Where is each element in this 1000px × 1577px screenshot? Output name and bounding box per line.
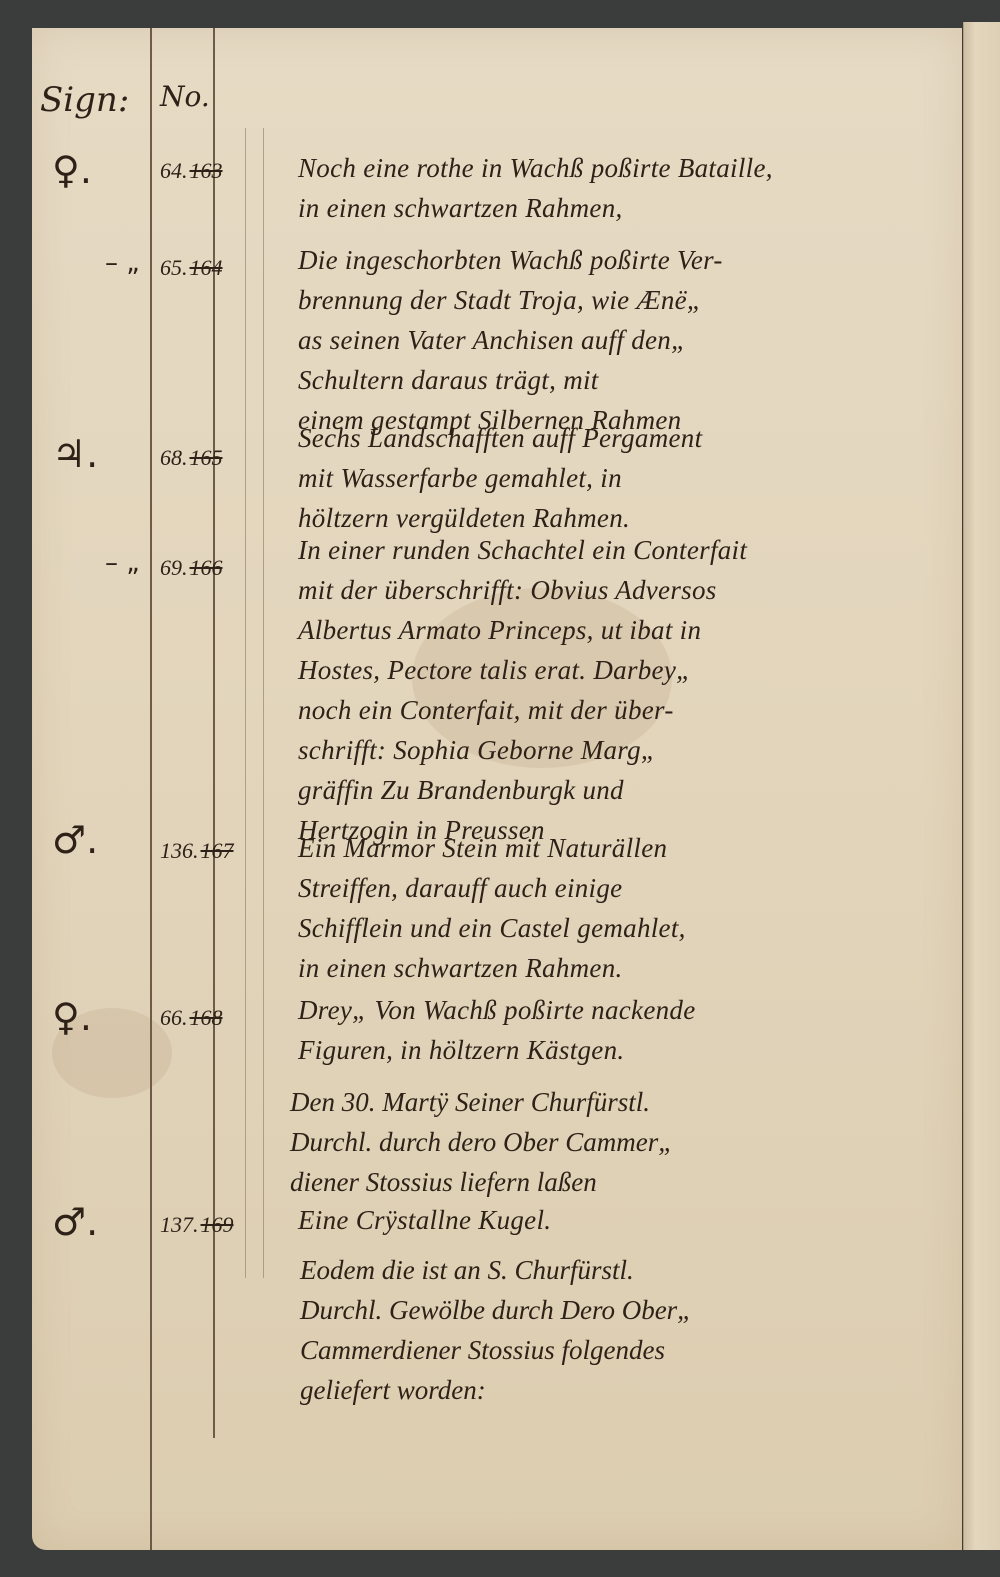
delivery-note: Eodem die ist an S. Churfürstl. Durchl. …: [300, 1250, 970, 1410]
entry-line: noch ein Conterfait, mit der über-: [298, 690, 958, 730]
note-line: Durchl. durch dero Ober Cammer„: [290, 1122, 960, 1162]
note-line: geliefert worden:: [300, 1370, 970, 1410]
entry-number-struck: 167: [201, 838, 234, 863]
entry-number-struck: 168: [190, 1005, 223, 1030]
entry-line: brennung der Stadt Troja, wie Ænë„: [298, 280, 958, 320]
column-rule-faint-1: [245, 128, 246, 1278]
entry-number-current: 66.: [160, 1005, 188, 1030]
entry-sign-venus: ♀.: [52, 148, 142, 192]
entry-number-struck: 163: [190, 158, 223, 183]
entry-sign-venus: ♀.: [52, 995, 142, 1039]
header-number-label: No.: [160, 80, 210, 113]
entry-number: 65.164: [160, 255, 223, 281]
entry-number-struck: 169: [201, 1212, 234, 1237]
entry-sign-mars: ♂.: [52, 818, 142, 862]
note-line: Cammerdiener Stossius folgendes: [300, 1330, 970, 1370]
entry-line: Drey„ Von Wachß poßirte nackende: [298, 990, 958, 1030]
note-line: Durchl. Gewölbe durch Dero Ober„: [300, 1290, 970, 1330]
header-sign-label: Sign:: [40, 80, 129, 120]
note-line: Den 30. Martÿ Seiner Churfürstl.: [290, 1082, 960, 1122]
entry-number-current: 64.: [160, 158, 188, 183]
entry-line: in einen schwartzen Rahmen.: [298, 948, 958, 988]
entry-line: Noch eine rothe in Wachß poßirte Bataill…: [298, 148, 958, 188]
entry-number: 66.168: [160, 1005, 223, 1031]
entry-number-current: 137.: [160, 1212, 199, 1237]
entry-number: 68.165: [160, 445, 223, 471]
entry-number-struck: 166: [190, 555, 223, 580]
entry-number-current: 69.: [160, 555, 188, 580]
entry-line: Figuren, in höltzern Kästgen.: [298, 1030, 958, 1070]
entry-number-struck: 164: [190, 255, 223, 280]
entry-number: 137.169: [160, 1212, 234, 1238]
entry-line: gräffin Zu Brandenburgk und: [298, 770, 958, 810]
entry-number: 136.167: [160, 838, 234, 864]
column-rule-faint-2: [263, 128, 264, 1278]
entry-number-current: 68.: [160, 445, 188, 470]
entry-line: mit Wasserfarbe gemahlet, in: [298, 458, 958, 498]
entry-line: mit der überschrifft: Obvius Adversos: [298, 570, 958, 610]
entry-line: in einen schwartzen Rahmen,: [298, 188, 958, 228]
entry-number-struck: 165: [190, 445, 223, 470]
note-line: diener Stossius liefern laßen: [290, 1162, 960, 1202]
entry-line: Ein Marmor Stein mit Naturällen: [298, 828, 958, 868]
entry-line: Sechs Landschafften auff Pergament: [298, 418, 958, 458]
entry-line: In einer runden Schachtel ein Conterfait: [298, 530, 958, 570]
entry-line: Streiffen, darauff auch einige: [298, 868, 958, 908]
entry-text: In einer runden Schachtel ein Conterfait…: [298, 530, 958, 850]
entry-text: Eine Crÿstallne Kugel.: [298, 1200, 958, 1240]
entry-text: Die ingeschorbten Wachß poßirte Ver- bre…: [298, 240, 958, 440]
entry-number: 64.163: [160, 158, 223, 184]
entry-line: Die ingeschorbten Wachß poßirte Ver-: [298, 240, 958, 280]
entry-line: Albertus Armato Princeps, ut ibat in: [298, 610, 958, 650]
entry-line: as seinen Vater Anchisen auff den„: [298, 320, 958, 360]
entry-text: Drey„ Von Wachß poßirte nackende Figuren…: [298, 990, 958, 1070]
entry-line: schrifft: Sophia Geborne Marg„: [298, 730, 958, 770]
entry-sign-mars: ♂.: [52, 1200, 142, 1244]
delivery-note: Den 30. Martÿ Seiner Churfürstl. Durchl.…: [290, 1082, 960, 1202]
entry-line: Eine Crÿstallne Kugel.: [298, 1200, 958, 1240]
entry-number-current: 65.: [160, 255, 188, 280]
entry-text: Sechs Landschafften auff Pergament mit W…: [298, 418, 958, 538]
entry-sign-jupiter: ♃.: [52, 432, 142, 476]
entry-text: Ein Marmor Stein mit Naturällen Streiffe…: [298, 828, 958, 988]
entry-line: Schultern daraus trägt, mit: [298, 360, 958, 400]
entry-text: Noch eine rothe in Wachß poßirte Bataill…: [298, 148, 958, 228]
note-line: Eodem die ist an S. Churfürstl.: [300, 1250, 970, 1290]
entry-number: 69.166: [160, 555, 223, 581]
entry-number-current: 136.: [160, 838, 199, 863]
entry-line: Hostes, Pectore talis erat. Darbey„: [298, 650, 958, 690]
entry-line: Schifflein und ein Castel gemahlet,: [298, 908, 958, 948]
